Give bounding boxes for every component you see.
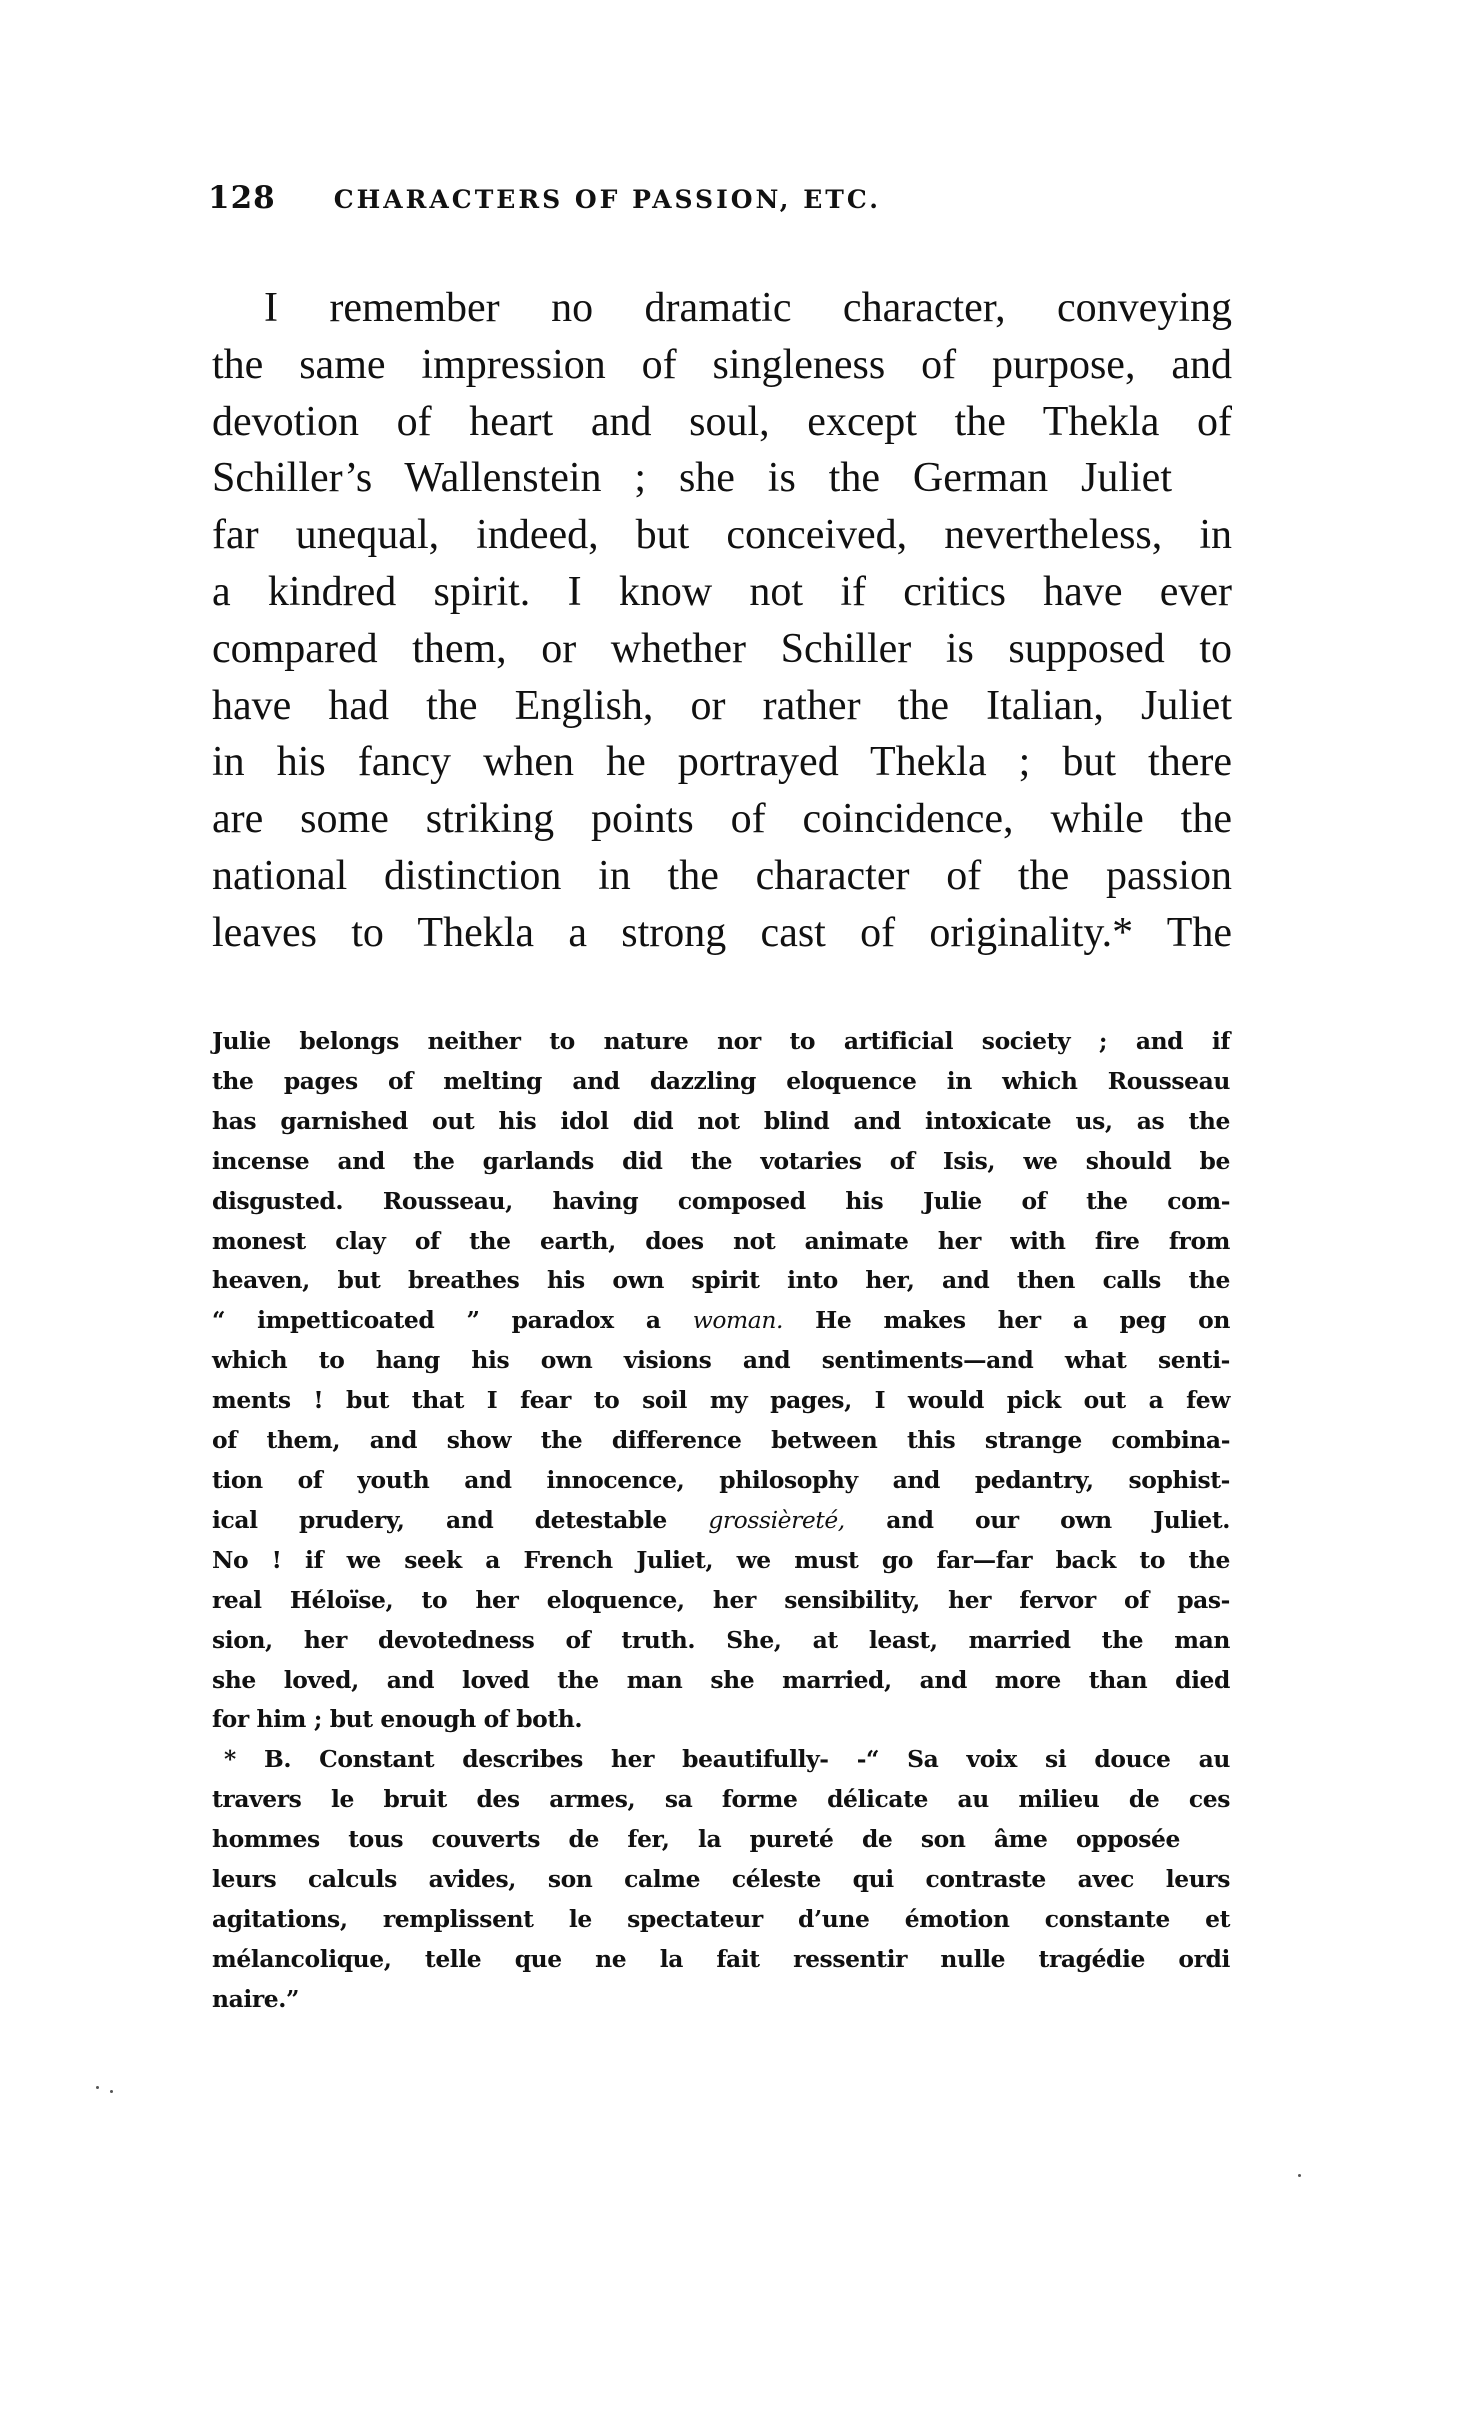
footnote-continued: Julie belongs neither to nature nor to a… [212,1022,1230,1740]
page-number: 128 [208,180,276,216]
footnote-text: and our own Juliet. [845,1506,1230,1534]
footnote-line: of them, and show the difference between… [212,1421,1230,1461]
footnote-line: ical prudery, and detestable grossièreté… [212,1501,1230,1541]
scan-speck [110,2090,113,2093]
footnote-line: travers le bruit des armes, sa forme dél… [212,1780,1230,1820]
footnote-text: He makes her a peg on [783,1306,1230,1334]
footnote-line: No ! if we seek a French Juliet, we must… [212,1541,1230,1581]
footnote-line: real Héloïse, to her eloquence, her sens… [212,1581,1230,1621]
body-line: in his fancy when he portrayed Thekla ; … [212,734,1232,791]
body-line: have had the English, or rather the Ital… [212,678,1232,735]
footnote-line: * B. Constant describes her beautifully-… [212,1740,1230,1780]
body-line: are some striking points of coincidence,… [212,791,1232,848]
book-page: 128 CHARACTERS OF PASSION, ETC. I rememb… [0,0,1464,2433]
footnote-line: the pages of melting and dazzling eloque… [212,1062,1230,1102]
footnote-line: for him ; but enough of both. [212,1700,1230,1740]
footnote-line: has garnished out his idol did not blind… [212,1102,1230,1142]
italic-word: grossièreté, [708,1506,844,1534]
main-paragraph: I remember no dramatic character, convey… [212,280,1232,962]
footnote-line: “ impetticoated ” paradox a woman. He ma… [212,1301,1230,1341]
body-line: I remember no dramatic character, convey… [212,280,1232,337]
footnotes: Julie belongs neither to nature nor to a… [212,1022,1230,2020]
body-line: the same impression of singleness of pur… [212,337,1232,394]
footnote-line: monest clay of the earth, does not anima… [212,1222,1230,1262]
body-line: compared them, or whether Schiller is su… [212,621,1232,678]
italic-word: woman. [693,1306,783,1334]
footnote-line: ments ! but that I fear to soil my pages… [212,1381,1230,1421]
footnote-line: Julie belongs neither to nature nor to a… [212,1022,1230,1062]
body-line: a kindred spirit. I know not if critics … [212,564,1232,621]
footnote-line: mélancolique, telle que ne la fait resse… [212,1940,1230,1980]
footnote-line: hommes tous couverts de fer, la pureté d… [212,1820,1180,1860]
footnote-text: ical prudery, and detestable [212,1506,708,1534]
footnote-line: which to hang his own visions and sentim… [212,1341,1230,1381]
footnote-text: “ impetticoated ” paradox a [212,1306,693,1334]
footnote-line: tion of youth and innocence, philosophy … [212,1461,1230,1501]
running-head: CHARACTERS OF PASSION, ETC. [334,185,881,214]
footnote-line: heaven, but breathes his own spirit into… [212,1261,1230,1301]
footnote-line: she loved, and loved the man she married… [212,1661,1230,1701]
footnote-line: sion, her devotedness of truth. She, at … [212,1621,1230,1661]
footnote-line: agitations, remplissent le spectateur d’… [212,1900,1230,1940]
footnote-star: * B. Constant describes her beautifully-… [212,1740,1230,2019]
body-line: devotion of heart and soul, except the T… [212,394,1232,451]
footnote-line: naire.” [212,1980,1230,2020]
footnote-line: leurs calculs avides, son calme céleste … [212,1860,1230,1900]
page-header: 128 CHARACTERS OF PASSION, ETC. [208,180,1258,230]
body-line: leaves to Thekla a strong cast of origin… [212,905,1232,962]
body-line: national distinction in the character of… [212,848,1232,905]
footnote-line: disgusted. Rousseau, having composed his… [212,1182,1230,1222]
body-line: Schiller’s Wallenstein ; she is the Germ… [212,450,1172,507]
footnote-line: incense and the garlands did the votarie… [212,1142,1230,1182]
body-line: far unequal, indeed, but conceived, neve… [212,507,1232,564]
scan-speck [96,2086,99,2089]
scan-speck [1298,2174,1301,2177]
